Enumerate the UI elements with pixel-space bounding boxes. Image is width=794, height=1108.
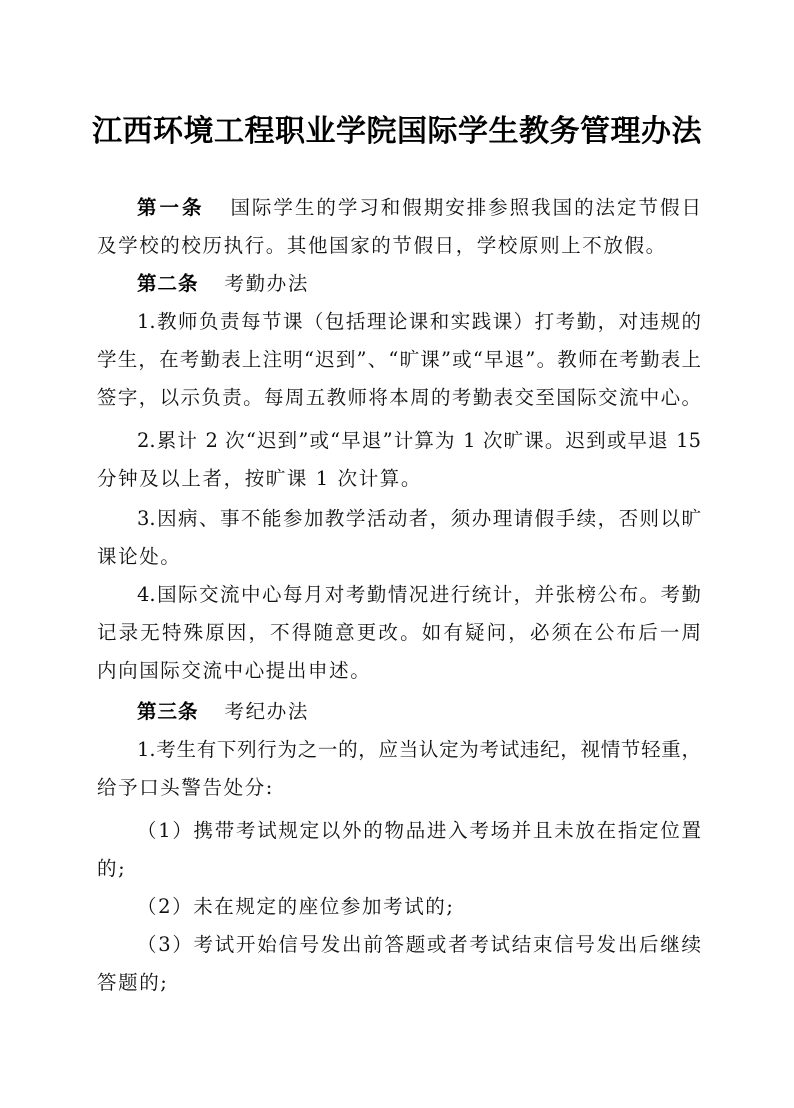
article-2-item-3-line-2: 课论处。	[97, 542, 701, 572]
article-1-text: 国际学生的学习和假期安排参照我国的法定节假日	[230, 196, 701, 219]
article-3-item-3-line-1: （2）未在规定的座位参加考试的;	[137, 892, 701, 922]
document-page: 江西环境工程职业学院国际学生教务管理办法 第一条国际学生的学习和假期安排参照我国…	[0, 0, 794, 1108]
article-2-item-1-line-2: 学生，在考勤表上注明“迟到”、“旷课”或“早退”。教师在考勤表上	[97, 345, 701, 375]
article-3-item-4-line-2: 答题的;	[97, 968, 701, 998]
article-3-item-1-line-1: 1.考生有下列行为之一的，应当认定为考试违纪，视情节轻重，	[137, 735, 701, 765]
article-3-heading: 第三条考纪办法	[137, 697, 701, 727]
article-2-label: 第二条	[137, 272, 199, 295]
article-2-item-2-line-2: 分钟及以上者，按旷课 1 次计算。	[97, 464, 701, 494]
article-2-heading: 第二条考勤办法	[137, 269, 701, 299]
article-1-line-2: 及学校的校历执行。其他国家的节假日，学校原则上不放假。	[97, 231, 701, 261]
article-3-item-4-line-1: （3）考试开始信号发出前答题或者考试结束信号发出后继续	[137, 930, 701, 960]
article-2-item-2-line-1: 2.累计 2 次“迟到”或“早退”计算为 1 次旷课。迟到或早退 15	[137, 426, 701, 456]
article-2-title: 考勤办法	[225, 272, 309, 295]
article-3-item-2-line-2: 的;	[97, 854, 701, 884]
article-2-item-4-line-3: 内向国际交流中心提出申述。	[97, 656, 701, 686]
article-3-label: 第三条	[137, 700, 199, 723]
article-1-label: 第一条	[137, 196, 204, 219]
document-title: 江西环境工程职业学院国际学生教务管理办法	[0, 112, 794, 152]
article-3-item-2-line-1: （1）携带考试规定以外的物品进入考场并且未放在指定位置	[137, 816, 701, 846]
article-2-item-1-line-1: 1.教师负责每节课（包括理论课和实践课）打考勤，对违规的	[137, 307, 701, 337]
article-3-item-1-line-2: 给予口头警告处分:	[97, 773, 701, 803]
article-1-line-1: 第一条国际学生的学习和假期安排参照我国的法定节假日	[137, 193, 701, 223]
article-2-item-4-line-2: 记录无特殊原因，不得随意更改。如有疑问，必须在公布后一周	[97, 618, 701, 648]
article-2-item-1-line-3: 签字，以示负责。每周五教师将本周的考勤表交至国际交流中心。	[97, 383, 701, 413]
article-3-title: 考纪办法	[225, 700, 309, 723]
article-2-item-3-line-1: 3.因病、事不能参加教学活动者，须办理请假手续，否则以旷	[137, 504, 701, 534]
article-2-item-4-line-1: 4.国际交流中心每月对考勤情况进行统计，并张榜公布。考勤	[137, 580, 701, 610]
